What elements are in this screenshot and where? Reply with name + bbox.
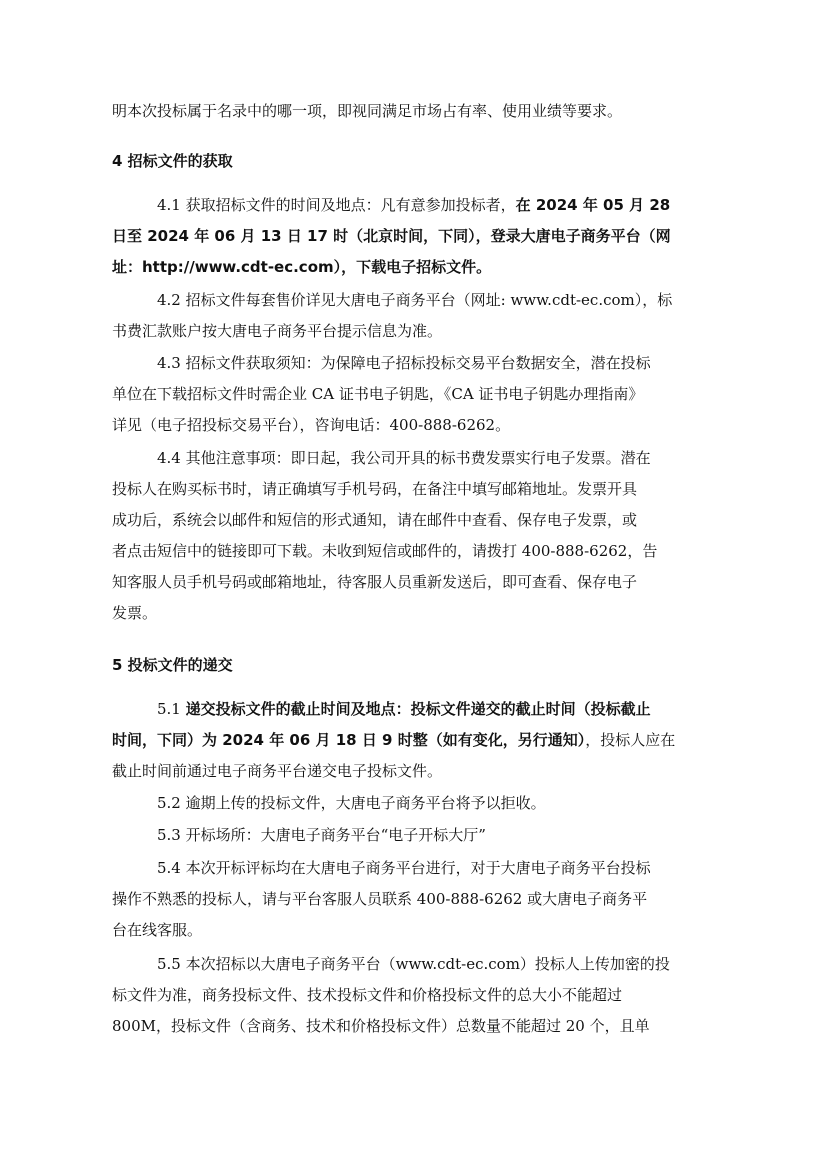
text-run: 书费汇款账户按大唐电子商务平台提示信息为准。 (112, 322, 442, 340)
text-run: ，投标人应在 (585, 731, 675, 749)
text-run: 截止时间前通过电子商务平台递交电子投标文件。 (112, 762, 442, 780)
text-run: 5.1 (157, 700, 186, 718)
text-run: 操作不熟悉的投标人，请与平台客服人员联系 400-888-6262 或大唐电子商… (112, 890, 647, 908)
text-run: 台在线客服。 (112, 921, 202, 939)
section-heading: 5 投标文件的递交 (112, 655, 233, 675)
text-line: 投标人在购买标书时，请正确填写手机号码，在备注中填写邮箱地址。发票开具 (112, 479, 637, 499)
text-run: 5.4 本次开标评标均在大唐电子商务平台进行，对于大唐电子商务平台投标 (157, 859, 651, 877)
bold-text: 在 2024 年 05 月 28 (516, 196, 671, 214)
text-line: 成功后，系统会以邮件和短信的形式通知，请在邮件中查看、保存电子发票，或 (112, 510, 637, 530)
text-run: 4.1 获取招标文件的时间及地点：凡有意参加投标者， (157, 196, 516, 214)
text-line: 发票。 (112, 603, 157, 623)
text-run: 4.2 招标文件每套售价详见大唐电子商务平台（网址: www.cdt-ec.co… (157, 291, 672, 309)
text-line: 5.5 本次招标以大唐电子商务平台（www.cdt-ec.com）投标人上传加密… (157, 954, 670, 974)
text-line: 4.2 招标文件每套售价详见大唐电子商务平台（网址: www.cdt-ec.co… (157, 290, 672, 310)
text-run: 详见（电子招投标交易平台），咨询电话：400-888-6262。 (112, 416, 510, 434)
text-line: 台在线客服。 (112, 920, 202, 940)
text-line: 5.1 递交投标文件的截止时间及地点：投标文件递交的截止时间（投标截止 (157, 699, 651, 719)
text-run: 5.5 本次招标以大唐电子商务平台（www.cdt-ec.com）投标人上传加密… (157, 955, 670, 973)
text-line: 者点击短信中的链接即可下载。未收到短信或邮件的，请拨打 400-888-6262… (112, 541, 657, 561)
text-line: 书费汇款账户按大唐电子商务平台提示信息为准。 (112, 321, 442, 341)
text-run: 明本次投标属于名录中的哪一项，即视同满足市场占有率、使用业绩等要求。 (112, 102, 622, 120)
bold-text: 时间，下同）为 2024 年 06 月 18 日 9 时整（如有变化，另行通知） (112, 731, 585, 749)
text-line: 4.3 招标文件获取须知：为保障电子招标投标交易平台数据安全，潜在投标 (157, 353, 651, 373)
text-line: 5.3 开标场所：大唐电子商务平台“电子开标大厅” (157, 825, 486, 845)
text-line: 日至 2024 年 06 月 13 日 17 时（北京时间，下同），登录大唐电子… (112, 226, 671, 246)
text-run: 4.4 其他注意事项：即日起，我公司开具的标书费发票实行电子发票。潜在 (157, 449, 651, 467)
text-run: 5.2 逾期上传的投标文件，大唐电子商务平台将予以拒收。 (157, 794, 546, 812)
text-run: 投标人在购买标书时，请正确填写手机号码，在备注中填写邮箱地址。发票开具 (112, 480, 637, 498)
text-line: 时间，下同）为 2024 年 06 月 18 日 9 时整（如有变化，另行通知）… (112, 730, 675, 750)
bold-text: 4 招标文件的获取 (112, 152, 233, 170)
bold-text: 5 投标文件的递交 (112, 656, 233, 674)
text-run: 5.3 开标场所：大唐电子商务平台“电子开标大厅” (157, 826, 486, 844)
text-line: 4.1 获取招标文件的时间及地点：凡有意参加投标者，在 2024 年 05 月 … (157, 195, 670, 215)
text-run: 4.3 招标文件获取须知：为保障电子招标投标交易平台数据安全，潜在投标 (157, 354, 651, 372)
text-line: 址：http://www.cdt-ec.com），下载电子招标文件。 (112, 257, 491, 277)
text-run: 800M，投标文件（含商务、技术和价格投标文件）总数量不能超过 20 个，且单 (112, 1017, 650, 1035)
text-line: 单位在下载招标文件时需企业 CA 证书电子钥匙，《CA 证书电子钥匙办理指南》 (112, 384, 643, 404)
text-line: 800M，投标文件（含商务、技术和价格投标文件）总数量不能超过 20 个，且单 (112, 1016, 650, 1036)
text-line: 5.4 本次开标评标均在大唐电子商务平台进行，对于大唐电子商务平台投标 (157, 858, 651, 878)
text-line: 标文件为准，商务投标文件、技术投标文件和价格投标文件的总大小不能超过 (112, 985, 622, 1005)
text-run: 标文件为准，商务投标文件、技术投标文件和价格投标文件的总大小不能超过 (112, 986, 622, 1004)
text-line: 5.2 逾期上传的投标文件，大唐电子商务平台将予以拒收。 (157, 793, 546, 813)
text-run: 单位在下载招标文件时需企业 CA 证书电子钥匙，《CA 证书电子钥匙办理指南》 (112, 385, 643, 403)
bold-text: 址：http://www.cdt-ec.com），下载电子招标文件。 (112, 258, 491, 276)
text-line: 明本次投标属于名录中的哪一项，即视同满足市场占有率、使用业绩等要求。 (112, 101, 622, 121)
text-line: 操作不熟悉的投标人，请与平台客服人员联系 400-888-6262 或大唐电子商… (112, 889, 647, 909)
text-run: 知客服人员手机号码或邮箱地址，待客服人员重新发送后，即可查看、保存电子 (112, 573, 637, 591)
text-line: 详见（电子招投标交易平台），咨询电话：400-888-6262。 (112, 415, 510, 435)
text-line: 4.4 其他注意事项：即日起，我公司开具的标书费发票实行电子发票。潜在 (157, 448, 651, 468)
text-run: 者点击短信中的链接即可下载。未收到短信或邮件的，请拨打 400-888-6262… (112, 542, 657, 560)
text-run: 发票。 (112, 604, 157, 622)
section-heading: 4 招标文件的获取 (112, 151, 233, 171)
text-run: 成功后，系统会以邮件和短信的形式通知，请在邮件中查看、保存电子发票，或 (112, 511, 637, 529)
text-line: 知客服人员手机号码或邮箱地址，待客服人员重新发送后，即可查看、保存电子 (112, 572, 637, 592)
text-line: 截止时间前通过电子商务平台递交电子投标文件。 (112, 761, 442, 781)
bold-text: 递交投标文件的截止时间及地点：投标文件递交的截止时间（投标截止 (186, 700, 651, 718)
bold-text: 日至 2024 年 06 月 13 日 17 时（北京时间，下同），登录大唐电子… (112, 227, 671, 245)
